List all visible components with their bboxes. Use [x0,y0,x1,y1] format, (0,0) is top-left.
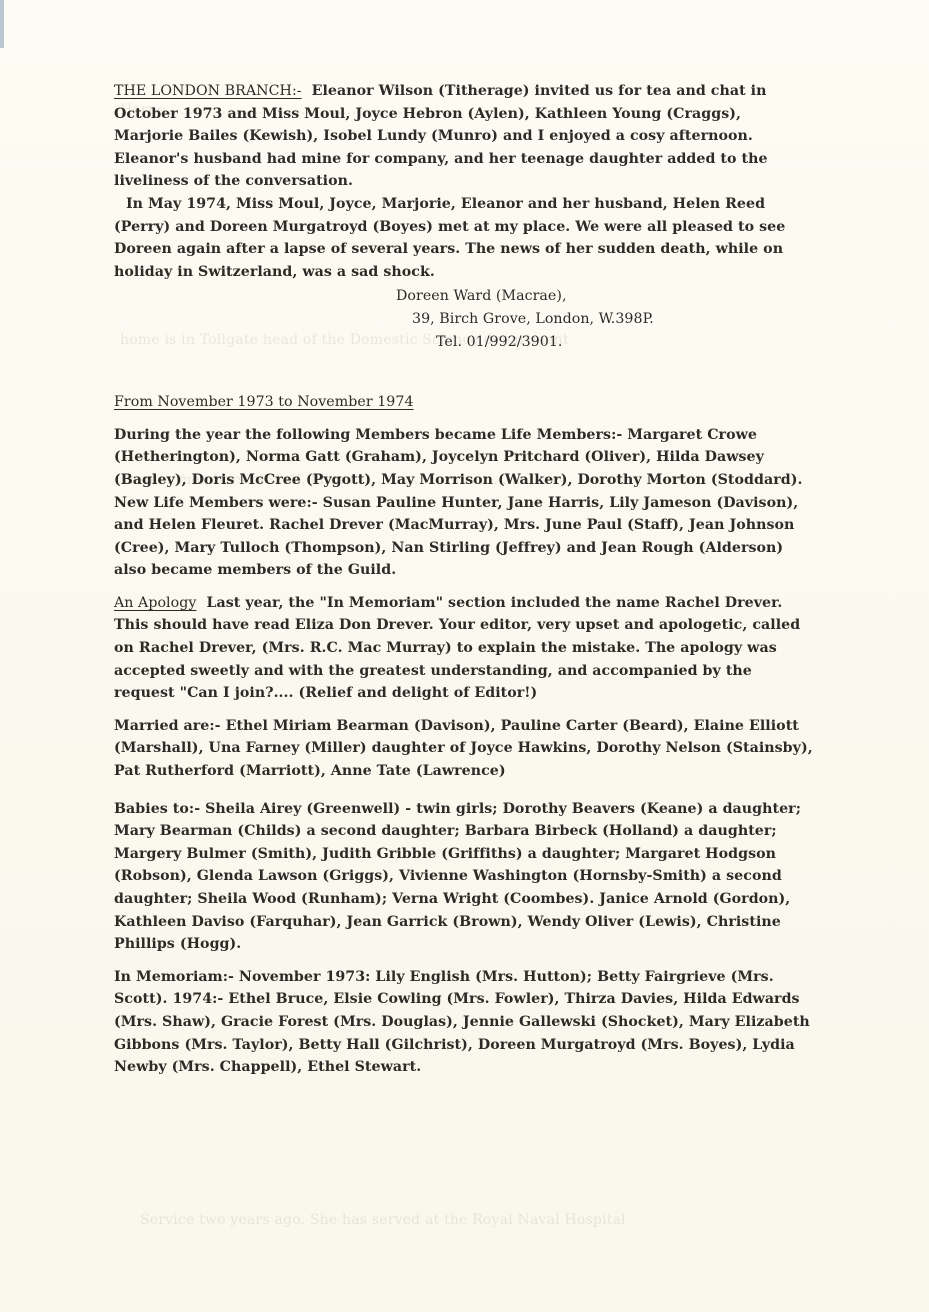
london-branch-paragraph: THE LONDON BRANCH:- Eleanor Wilson (Tith… [114,80,814,193]
signature-phone: Tel. 01/992/3901. [396,331,814,354]
page-edge-shadow [0,0,4,48]
apology-text: Last year, the "In Memoriam" section inc… [114,595,800,701]
bleed-through-text: Service two years ago. She has served at… [140,1210,626,1230]
apology-heading: An Apology [114,595,196,611]
apology-paragraph: An Apology Last year, the "In Memoriam" … [114,592,814,705]
life-members-paragraph: During the year the following Members be… [114,424,814,582]
london-branch-heading: THE LONDON BRANCH:- [114,83,302,99]
scanned-page: Horne ..................................… [0,0,929,1312]
may-1974-paragraph: In May 1974, Miss Moul, Joyce, Marjorie,… [114,193,814,283]
in-memoriam-paragraph: In Memoriam:- November 1973: Lily Englis… [114,966,814,1079]
babies-paragraph: Babies to:- Sheila Airey (Greenwell) - t… [114,798,814,956]
year-section-heading-line: From November 1973 to November 1974 [114,391,814,414]
year-section-heading: From November 1973 to November 1974 [114,394,414,410]
signature-address: 39, Birch Grove, London, W.398P. [396,308,814,331]
document-body: THE LONDON BRANCH:- Eleanor Wilson (Tith… [114,80,814,1079]
signature-name: Doreen Ward (Macrae), [396,285,814,308]
married-paragraph: Married are:- Ethel Miriam Bearman (Davi… [114,715,814,783]
signature-block: Doreen Ward (Macrae), 39, Birch Grove, L… [396,285,814,353]
